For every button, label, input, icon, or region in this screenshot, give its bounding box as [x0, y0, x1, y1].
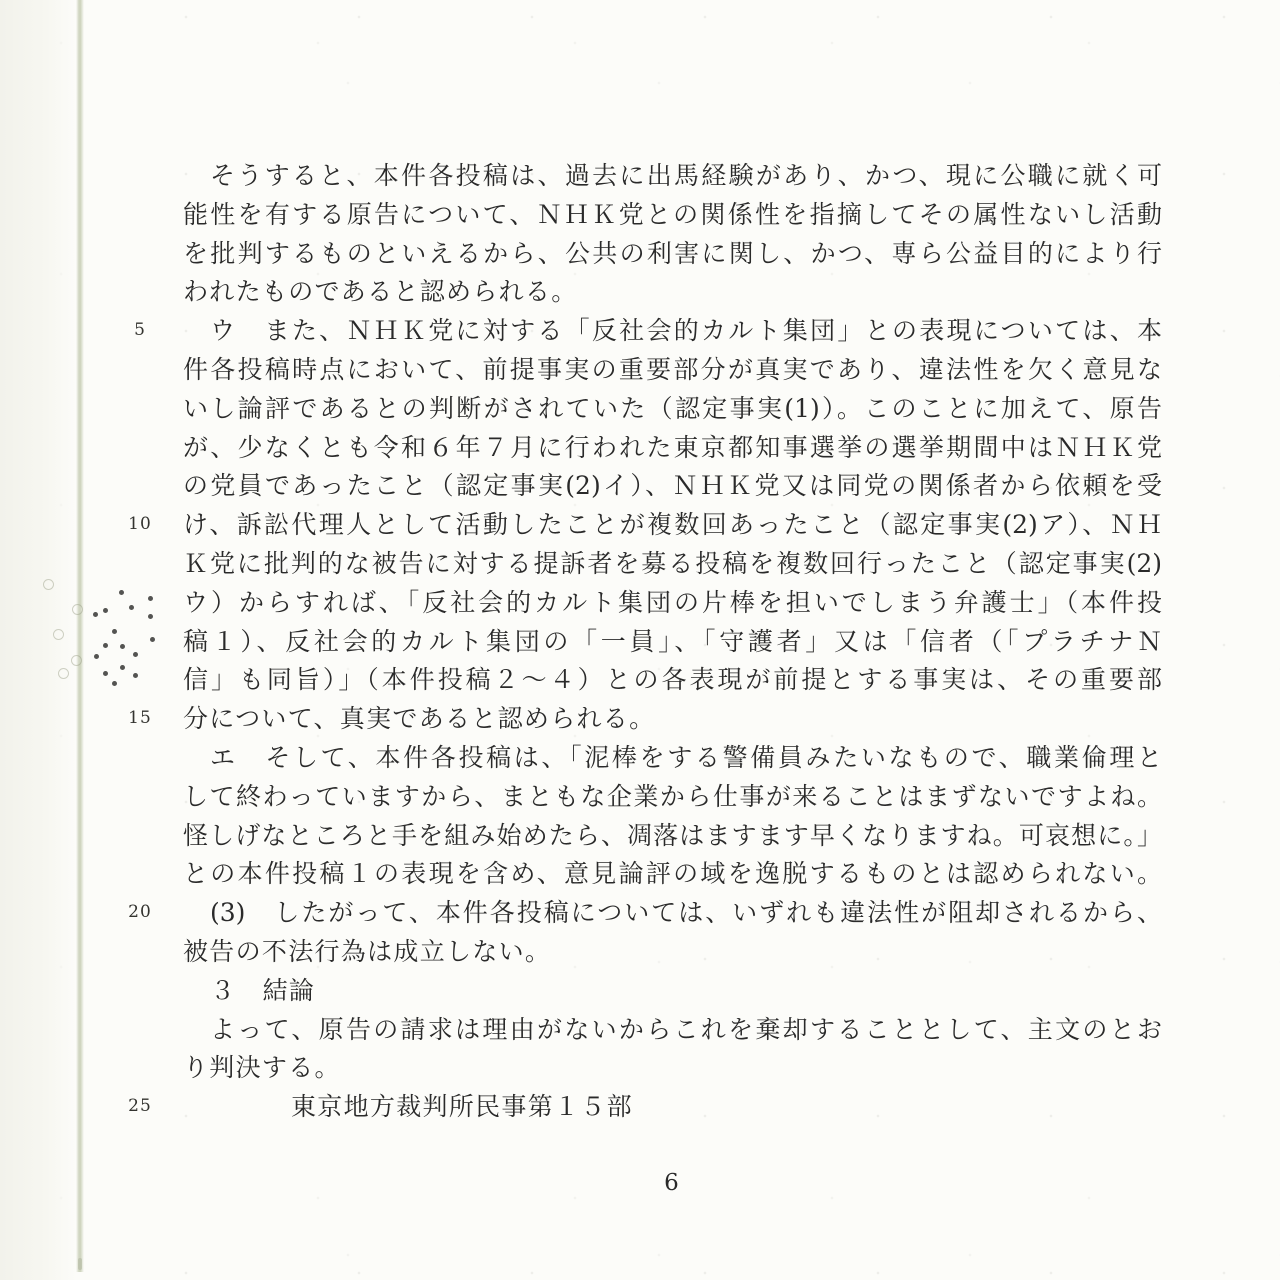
text-line-8: が、少なくとも令和６年７月に行われた東京都知事選挙の選挙期間中はＮＨＫ党 [183, 428, 1162, 467]
line-number-15: 15 [120, 699, 160, 738]
judgment-text-block: そうすると、本件各投稿は、過去に出馬経験があり、かつ、現に公職に就く可能性を有す… [183, 156, 1162, 1151]
ink-dot-12 [94, 654, 99, 659]
text-line-1: そうすると、本件各投稿は、過去に出馬経験があり、かつ、現に公職に就く可 [183, 156, 1162, 195]
ink-dot-14 [103, 671, 108, 676]
text-line-14: 信」も同旨）」（本件投稿２～４）との各表現が前提とする事実は、その重要部 [183, 660, 1162, 699]
ink-dot-10 [120, 644, 125, 649]
text-line-10: け、訴訟代理人として活動したことが複数回あったこと（認定事実(2)ア）、ＮＨ [183, 505, 1162, 544]
ink-dot-8 [150, 637, 155, 642]
ink-dot-1 [119, 590, 124, 595]
ink-dot-9 [103, 643, 108, 648]
scan-fold-line [76, 0, 84, 1272]
text-line-17: して終わっていますから、まともな企業から仕事が来ることはまずないですよね。 [183, 777, 1162, 816]
ink-dot-16 [112, 681, 117, 686]
ink-dot-3 [129, 605, 134, 610]
ink-dot-5 [93, 612, 98, 617]
ink-dot-6 [148, 614, 153, 619]
text-line-11: Ｋ党に批判的な被告に対する提訴者を募る投稿を複数回行ったこと（認定事実(2) [183, 544, 1162, 583]
ink-dot-4 [103, 608, 108, 613]
text-line-25: 東京地方裁判所民事第１５部 [183, 1087, 1162, 1126]
scan-edge-shadow [0, 0, 77, 1280]
ink-dot-7 [112, 629, 117, 634]
scanned-judgment-page: 510152025 そうすると、本件各投稿は、過去に出馬経験があり、かつ、現に公… [0, 0, 1280, 1280]
text-line-19: との本件投稿１の表現を含め、意見論評の域を逸脱するものとは認められない。 [183, 854, 1162, 893]
text-line-21: 被告の不法行為は成立しない。 [183, 932, 1162, 971]
punch-ring-2 [72, 604, 83, 615]
ink-dot-13 [120, 665, 125, 670]
text-line-18: 怪しげなところと手を組み始めたら、凋落はますます早くなりますね。可哀想に。」 [183, 816, 1162, 855]
ink-dot-2 [148, 596, 153, 601]
text-line-20: (3) したがって、本件各投稿については、いずれも違法性が阻却されるから、 [183, 893, 1162, 932]
ink-dot-15 [133, 673, 138, 678]
text-line-4: われたものであると認められる。 [183, 272, 1162, 311]
line-number-10: 10 [120, 505, 160, 544]
punch-ring-4 [71, 655, 82, 666]
line-number-20: 20 [120, 893, 160, 932]
text-line-3: を批判するものといえるから、公共の利害に関し、かつ、専ら公益目的により行 [183, 234, 1162, 273]
text-line-12: ウ）からすれば、「反社会的カルト集団の片棒を担いでしまう弁護士」（本件投 [183, 583, 1162, 622]
text-line-16: エ そして、本件各投稿は、「泥棒をする警備員みたいなもので、職業倫理と [183, 738, 1162, 777]
line-number-5: 5 [120, 311, 160, 350]
text-line-7: いし論評であるとの判断がされていた（認定事実(1)）。このことに加えて、原告 [183, 389, 1162, 428]
text-line-15: 分について、真実であると認められる。 [183, 699, 1162, 738]
page-number: 6 [183, 1170, 1162, 1196]
text-line-2: 能性を有する原告について、ＮＨＫ党との関係性を指摘してその属性ないし活動 [183, 195, 1162, 234]
text-line-23: よって、原告の請求は理由がないからこれを棄却することとして、主文のとお [183, 1010, 1162, 1049]
text-line-9: の党員であったこと（認定事実(2)イ）、ＮＨＫ党又は同党の関係者から依頼を受 [183, 466, 1162, 505]
text-line-24: り判決する。 [183, 1048, 1162, 1087]
punch-ring-1 [43, 579, 54, 590]
text-line-6: 件各投稿時点において、前提事実の重要部分が真実であり、違法性を欠く意見な [183, 350, 1162, 389]
line-number-25: 25 [120, 1087, 160, 1126]
ink-dot-11 [133, 652, 138, 657]
text-line-5: ウ また、ＮＨＫ党に対する「反社会的カルト集団」との表現については、本 [183, 311, 1162, 350]
punch-ring-5 [58, 668, 69, 679]
text-line-22: ３ 結論 [183, 971, 1162, 1010]
punch-ring-3 [53, 629, 64, 640]
scan-fold-line-tip [78, 1258, 82, 1270]
text-line-13: 稿１）、反社会的カルト集団の「一員」、「守護者」又は「信者（「プラチナＮ [183, 622, 1162, 661]
